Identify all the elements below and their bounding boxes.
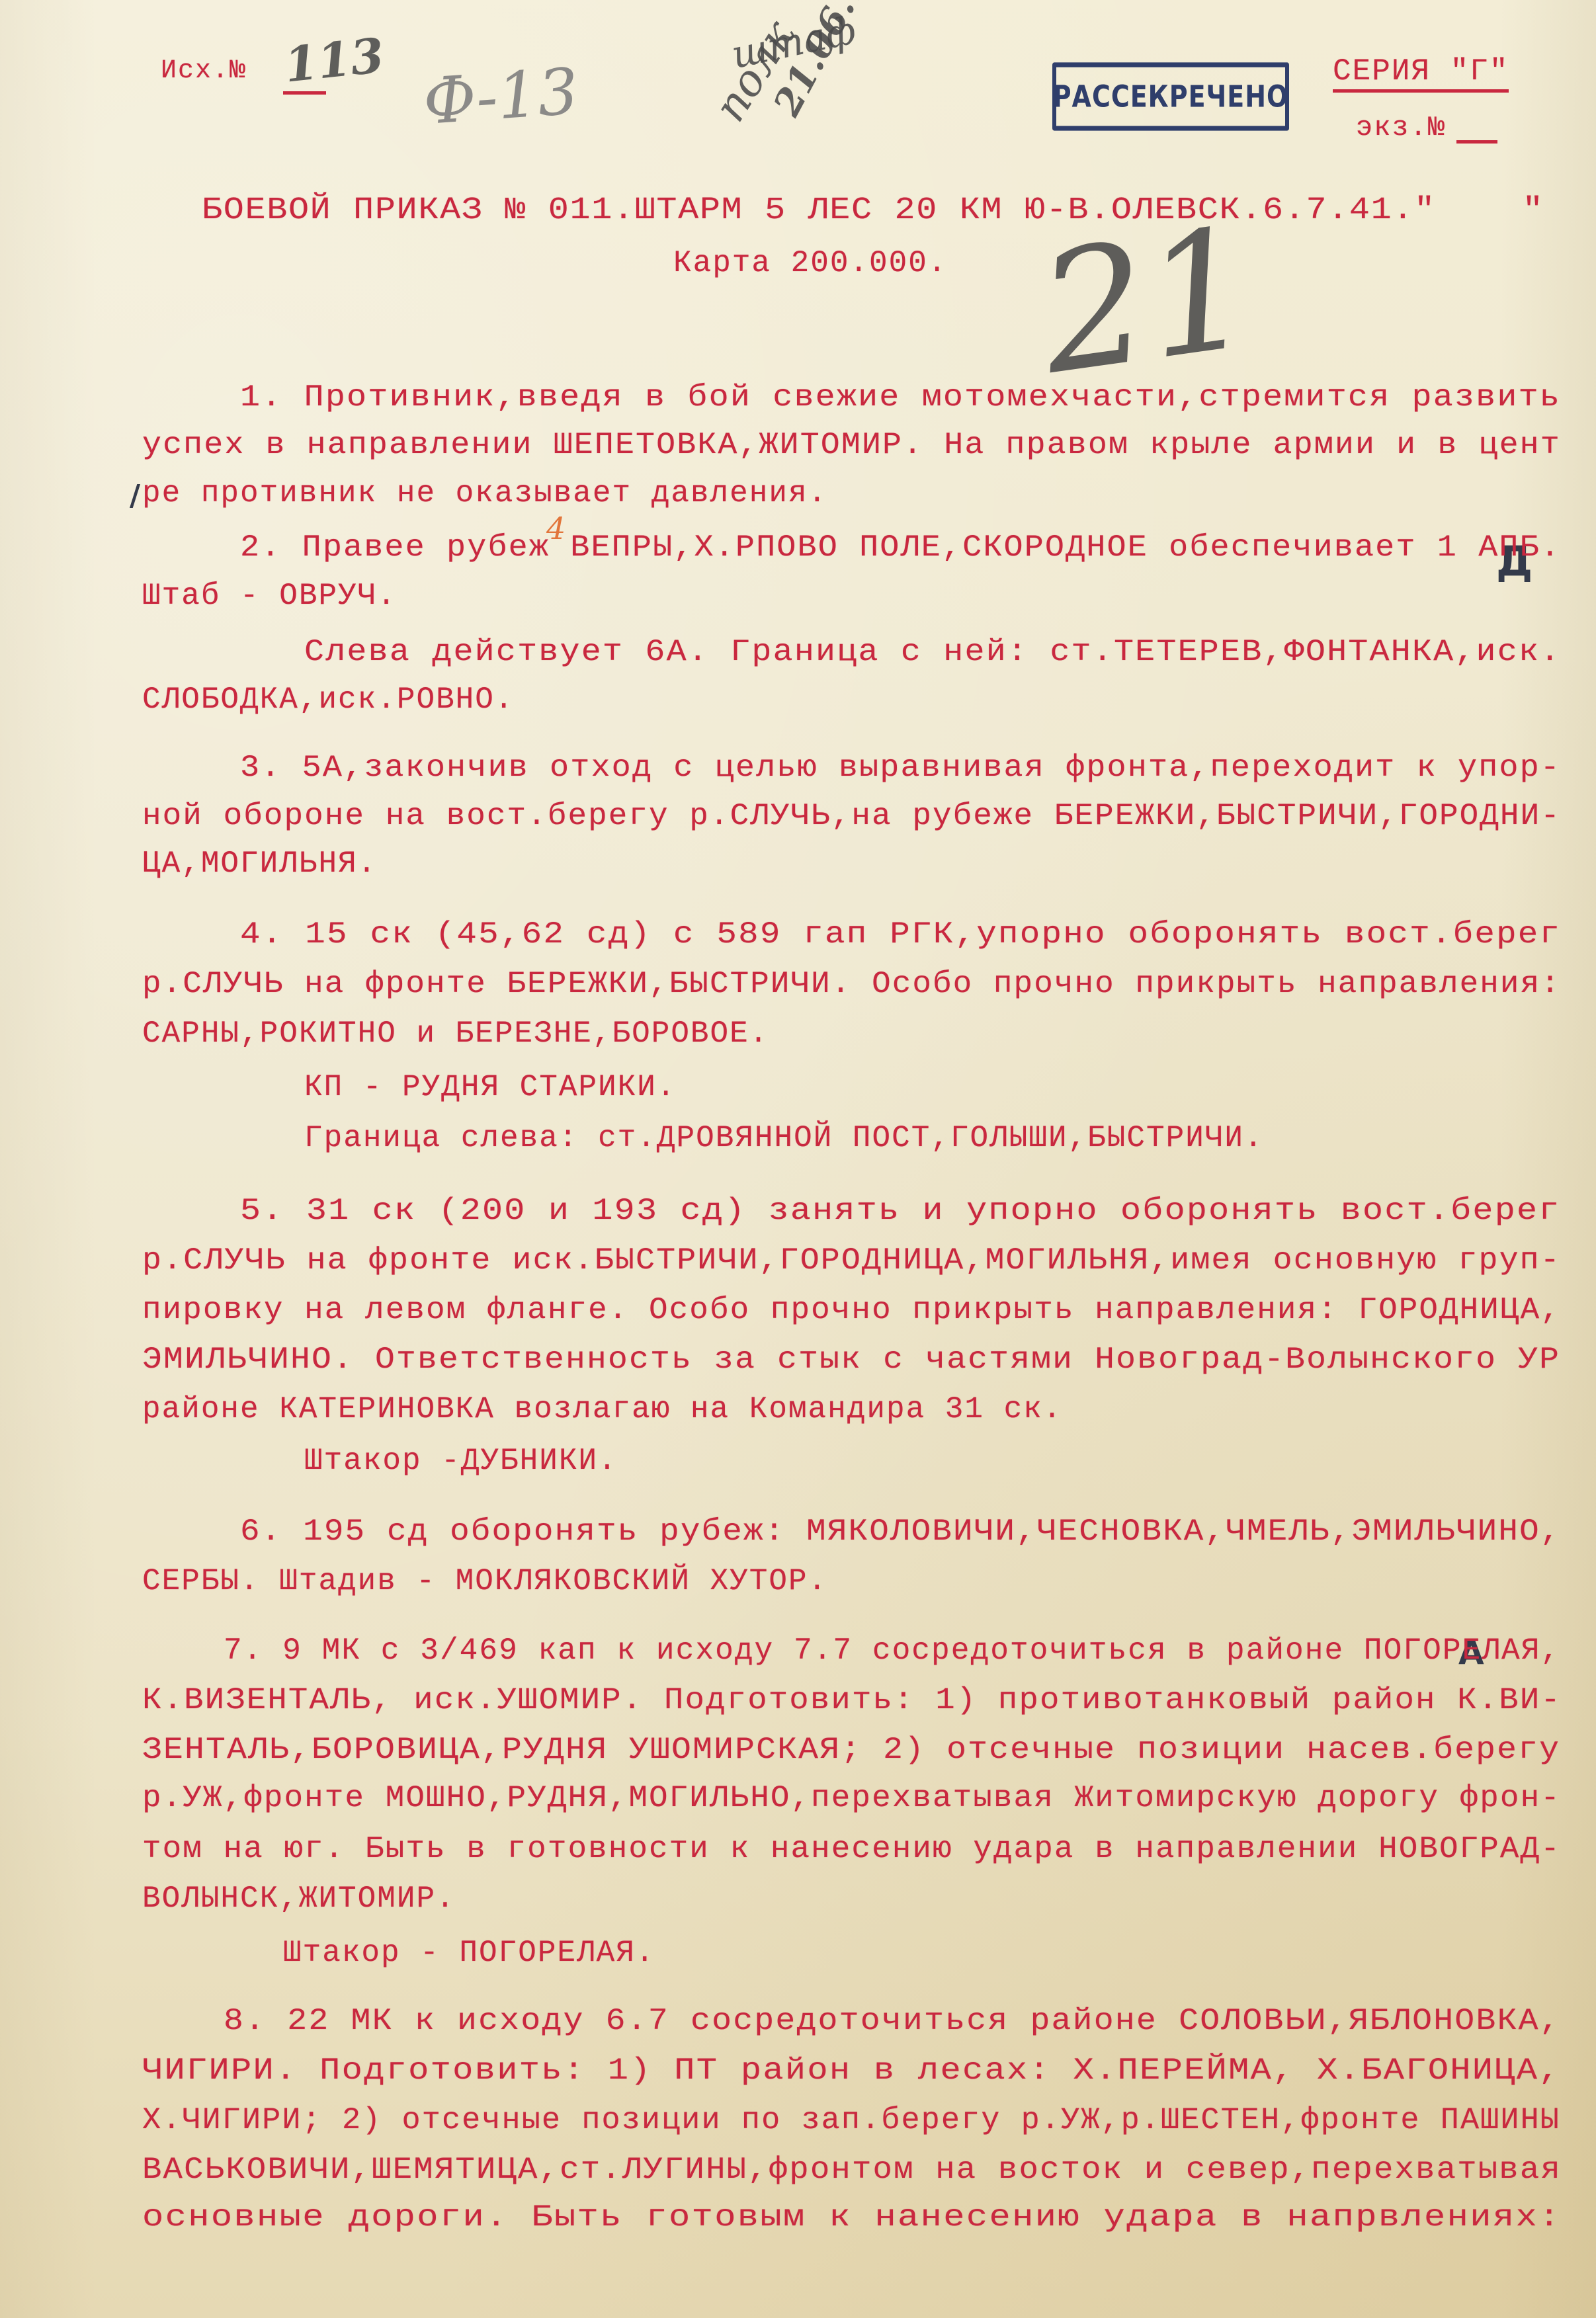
- paragraph-1-line-2: успех в направлении ШЕПЕТОВКА,ЖИТОМИР. Н…: [142, 430, 1561, 460]
- paragraph-7-line-4: р.УЖ,фронте МОШНО,РУДНЯ,МОГИЛЬНО,перехва…: [142, 1783, 1561, 1813]
- margin-mark: /: [130, 479, 140, 513]
- paragraph-4-command-post: КП - РУДНЯ СТАРИКИ.: [304, 1072, 677, 1102]
- paragraph-1-line-1: 1. Противник,введя в бой свежие мотомехч…: [240, 382, 1561, 413]
- paragraph-8-line-3: Х.ЧИГИРИ; 2) отсечные позиции по зап.бер…: [142, 2105, 1560, 2135]
- paragraph-5-line-1: 5. 31 ск (200 и 193 сд) занять и упорно …: [240, 1196, 1561, 1226]
- paragraph-3-line-1: 3. 5А,закончив отход с целью выравнивая …: [240, 753, 1561, 783]
- paragraph-4-line-2: р.СЛУЧЬ на фронте БЕРЕЖКИ,БЫСТРИЧИ. Особ…: [142, 969, 1561, 999]
- paragraph-3-line-2: ной обороне на вост.берегу р.СЛУЧЬ,на ру…: [142, 801, 1561, 831]
- paragraph-8-line-2: ЧИГИРИ. Подготовить: 1) ПТ район в лесах…: [142, 2055, 1561, 2086]
- series-label: СЕРИЯ "Г": [1333, 56, 1509, 93]
- paragraph-4-line-1: 4. 15 ск (45,62 сд) с 589 гап РГК,упорно…: [240, 919, 1561, 950]
- copy-number-blank-line: [1456, 140, 1497, 144]
- declassified-stamp: РАССЕКРЕЧЕНО: [1052, 62, 1289, 130]
- paragraph-7-line-6: ВОЛЫНСК,ЖИТОМИР.: [142, 1883, 456, 1914]
- outgoing-number-underline: [283, 91, 326, 95]
- page-number-handwritten: 21: [1029, 191, 1265, 411]
- paragraph-left-neighbor-line-2: СЛОБОДКА,иск.РОВНО.: [142, 684, 515, 715]
- archive-mark-handwritten: Ф-13: [421, 54, 581, 139]
- paragraph-2-line-1: 2. Правее рубеж ВЕПРЫ,Х.РПОВО ПОЛЕ,СКОРО…: [240, 532, 1561, 563]
- document-title: БОЕВОЙ ПРИКАЗ № 011.ШТАРМ 5 ЛЕС 20 КМ Ю-…: [202, 195, 1544, 226]
- outgoing-number-label: Исх.№: [161, 58, 247, 85]
- paragraph-5-line-5: районе КАТЕРИНОВКА возлагаю на Командира…: [142, 1394, 1062, 1425]
- paragraph-4-left-boundary: Граница слева: ст.ДРОВЯННОЙ ПОСТ,ГОЛЫШИ,…: [304, 1123, 1264, 1153]
- paragraph-7-line-3: ЗЕНТАЛЬ,БОРОВИЦА,РУДНЯ УШОМИРСКАЯ; 2) от…: [142, 1735, 1560, 1765]
- paragraph-5-hq: Штакор -ДУБНИКИ.: [304, 1446, 618, 1476]
- paragraph-7-line-5: том на юг. Быть в готовности к нанесению…: [142, 1834, 1561, 1864]
- paragraph-8-line-4: ВАСЬКОВИЧИ,ШЕМЯТИЦА,ст.ЛУГИНЫ,фронтом на…: [142, 2155, 1562, 2185]
- paragraph-7-line-2: К.ВИЗЕНТАЛЬ, иск.УШОМИР. Подготовить: 1)…: [142, 1685, 1562, 1716]
- paragraph-2-line-2: Штаб - ОВРУЧ.: [142, 581, 397, 611]
- paragraph-7-hq: Штакор - ПОГОРЕЛАЯ.: [283, 1938, 655, 1968]
- paragraph-1-line-3: ре противник не оказывает давления.: [142, 478, 827, 509]
- paragraph-4-line-3: САРНЫ,РОКИТНО и БЕРЕЗНЕ,БОРОВОЕ.: [142, 1018, 769, 1049]
- map-scale: Карта 200.000.: [673, 248, 947, 278]
- paragraph-5-line-4: ЭМИЛЬЧИНО. Ответственность за стык с час…: [142, 1345, 1560, 1375]
- paragraph-6-line-2: СЕРБЫ. Штадив - МОКЛЯКОВСКИЙ ХУТОР.: [142, 1566, 827, 1596]
- paragraph-6-line-1: 6. 195 сд оборонять рубеж: МЯКОЛОВИЧИ,ЧЕ…: [240, 1516, 1562, 1547]
- paragraph-8-line-5: основные дороги. Быть готовым к нанесени…: [142, 2202, 1562, 2233]
- outgoing-number-handwritten: 113: [282, 26, 386, 93]
- paragraph-5-line-3: пировку на левом фланге. Особо прочно пр…: [142, 1295, 1561, 1325]
- copy-number-label: экз.№: [1356, 114, 1446, 142]
- paragraph-7-line-1: 7. 9 МК с 3/469 кап к исходу 7.7 сосредо…: [224, 1635, 1560, 1666]
- paragraph-8-line-1: 8. 22 МК к исходу 6.7 сосредоточиться ра…: [224, 2006, 1561, 2036]
- paragraph-left-neighbor-line-1: Слева действует 6А. Граница с ней: ст.ТЕ…: [304, 637, 1561, 667]
- paragraph-3-line-3: ЦА,МОГИЛЬНЯ.: [142, 849, 377, 879]
- paper-texture: [0, 0, 1596, 2318]
- paragraph-5-line-2: р.СЛУЧЬ на фронте иск.БЫСТРИЧИ,ГОРОДНИЦА…: [142, 1245, 1561, 1276]
